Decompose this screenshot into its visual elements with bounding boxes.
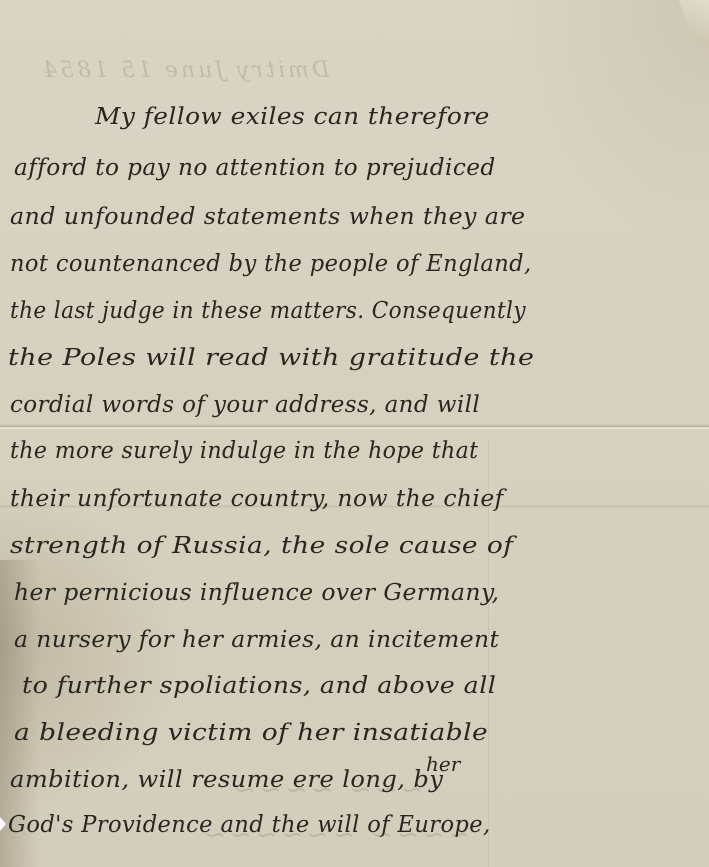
catchword: her xyxy=(426,752,460,776)
letter-line: a bleeding victim of her insatiable xyxy=(14,720,488,746)
letter-line: afford to pay no attention to prejudiced xyxy=(14,155,496,181)
letter-line: and unfounded statements when they are xyxy=(10,204,525,230)
letter-page: Dmitry June 15 1854 ~~~ ~~~~ ~~~~ ~~~~~~… xyxy=(0,0,709,867)
letter-line: the last judge in these matters. Consequ… xyxy=(10,298,526,324)
letter-line: a nursery for her armies, an incitement xyxy=(14,627,499,653)
letter-line: cordial words of your address, and will xyxy=(10,392,480,418)
letter-line: her pernicious influence over Germany, xyxy=(14,580,499,606)
letter-line: God's Providence and the will of Europe, xyxy=(8,812,491,838)
letter-line: My fellow exiles can therefore xyxy=(95,104,490,130)
letter-line: not countenanced by the people of Englan… xyxy=(10,251,532,277)
letter-line: their unfortunate country, now the chief xyxy=(10,486,504,512)
letter-line: strength of Russia, the sole cause of xyxy=(10,533,514,559)
letter-line: to further spoliations, and above all xyxy=(22,673,496,699)
letter-body: My fellow exiles can therefore afford to… xyxy=(0,0,709,867)
letter-line: the Poles will read with gratitude the xyxy=(8,345,534,371)
letter-line: ambition, will resume ere long, by xyxy=(10,767,443,793)
letter-line: the more surely indulge in the hope that xyxy=(10,438,478,464)
